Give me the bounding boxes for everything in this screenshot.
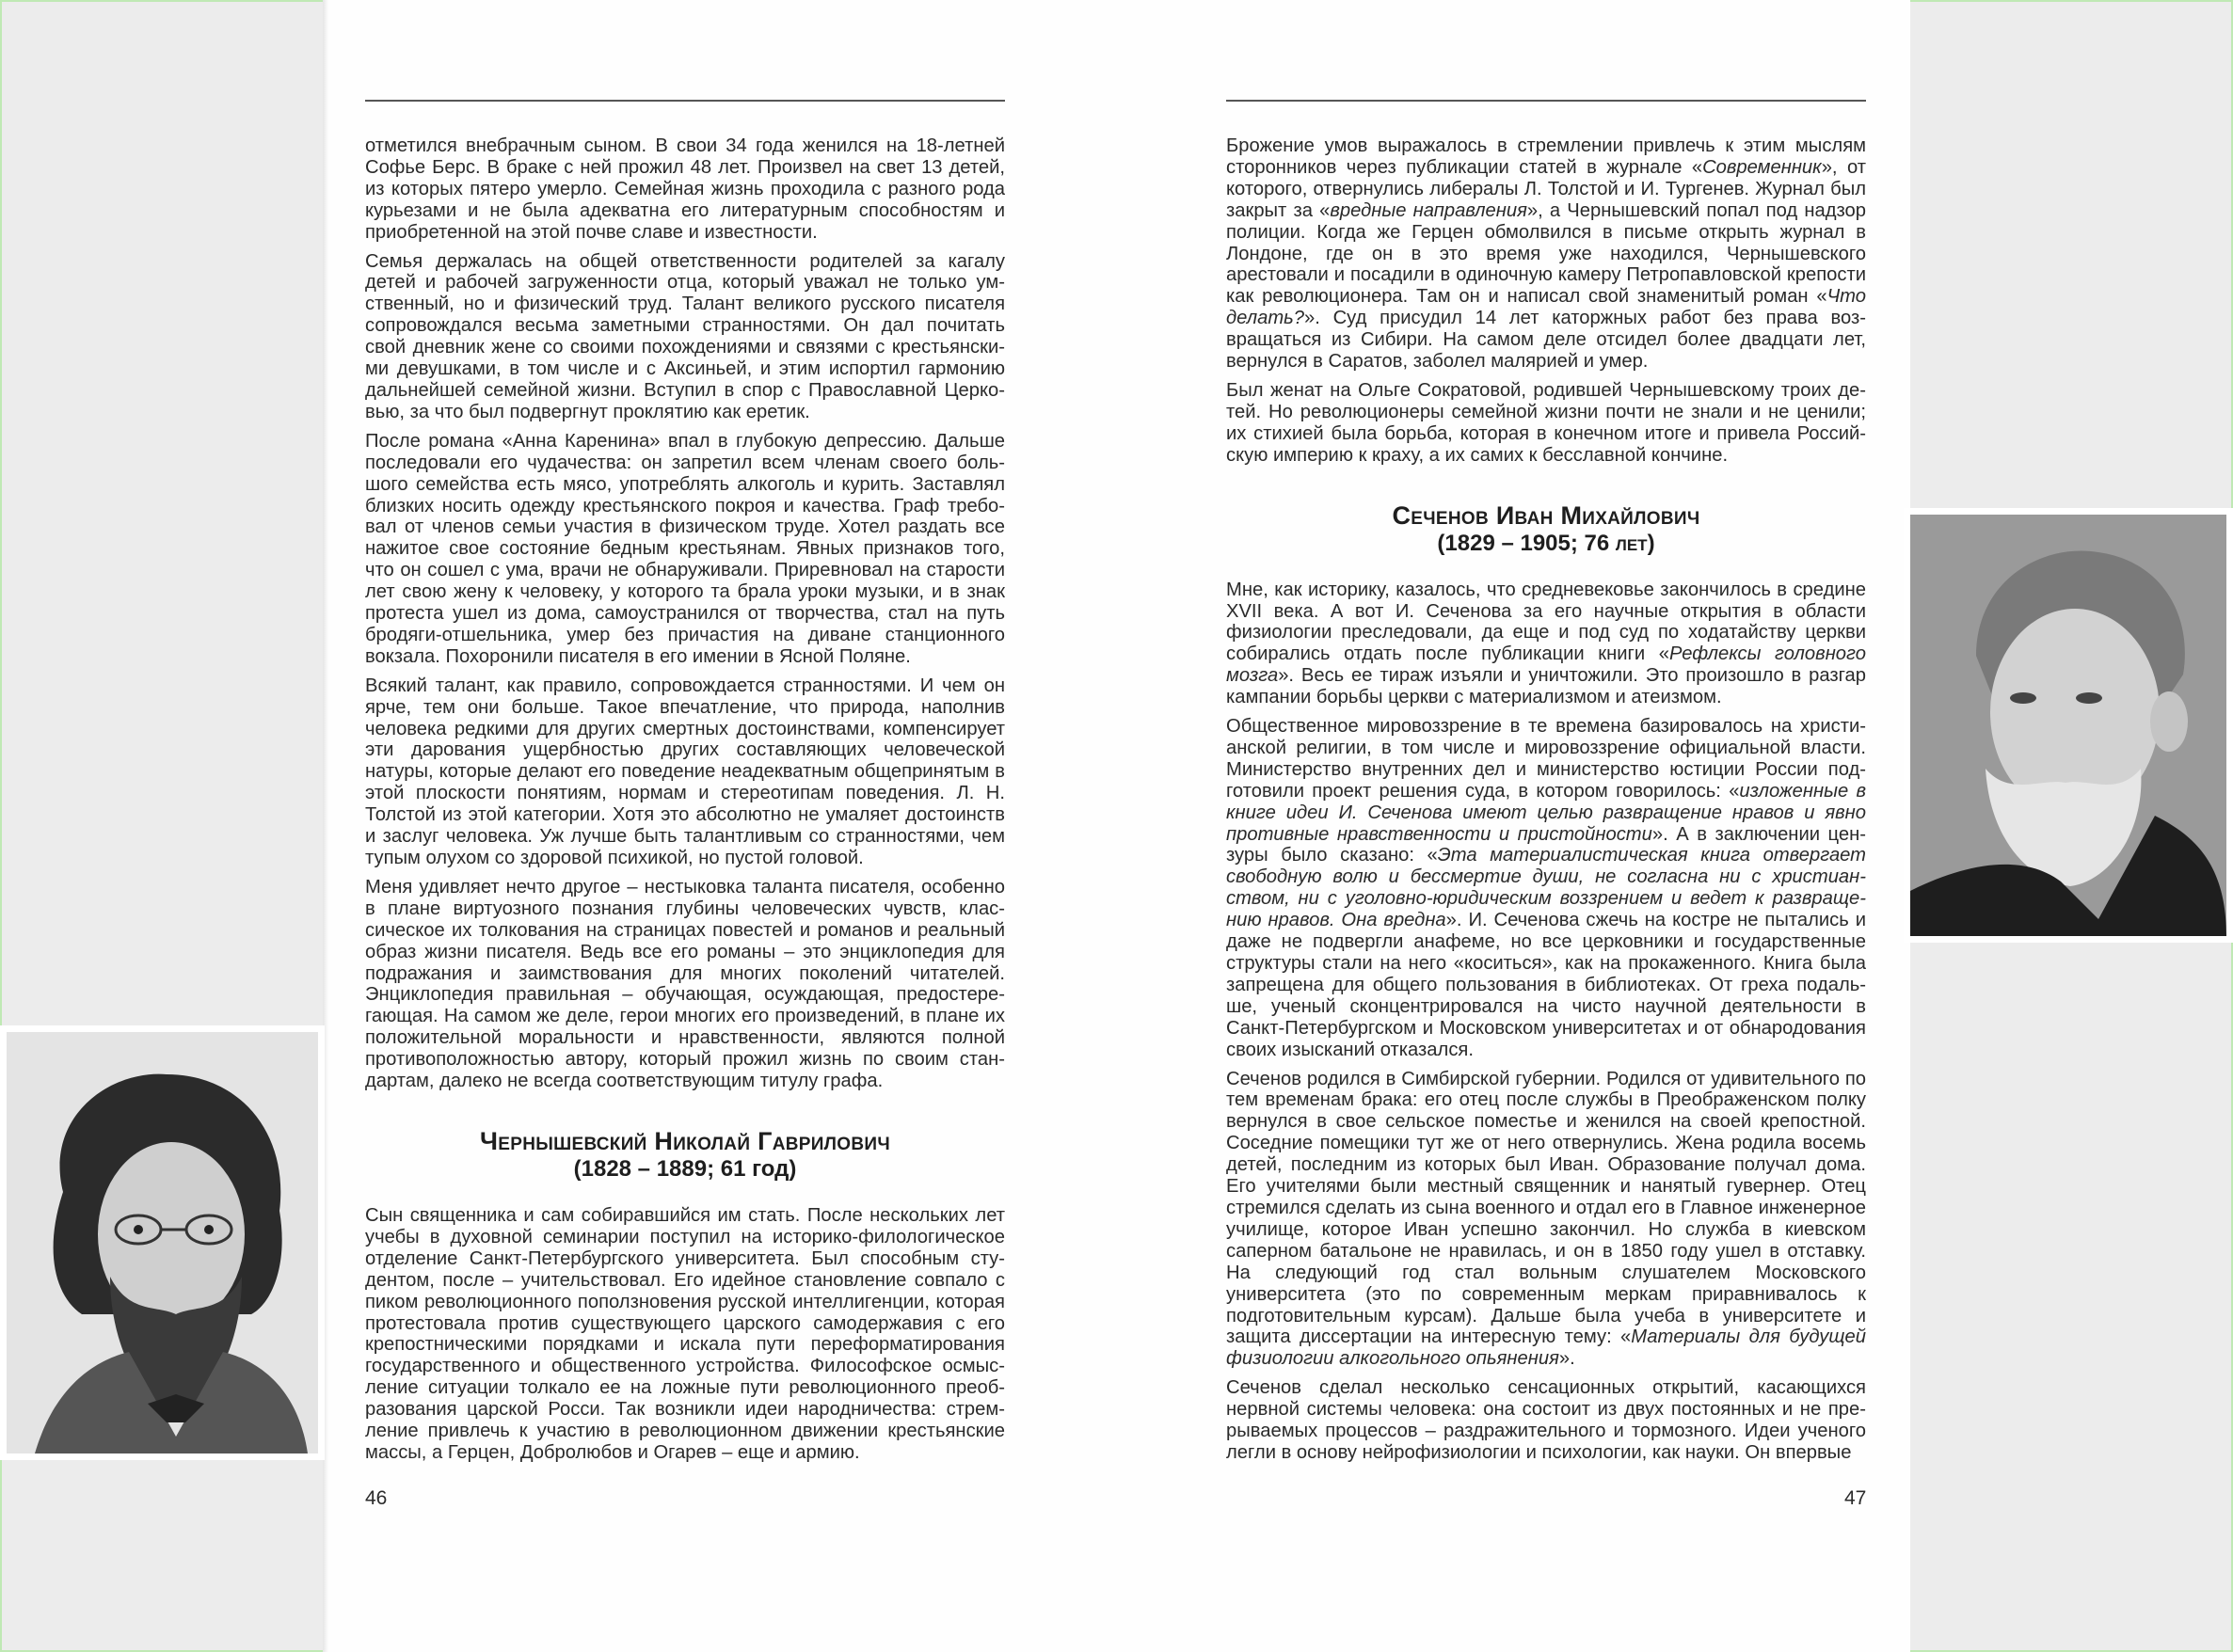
left-page-text-column: отметился внебрачным сыном. В свои 34 го…: [365, 135, 1005, 1471]
years-unit: лет: [1616, 531, 1648, 556]
paragraph: Семья держалась на общей ответственности…: [365, 251, 1005, 423]
section-heading-sechenov: Сеченов Иван Михайлович (1829 – 1905; 76…: [1226, 500, 1866, 557]
paragraph: Брожение умов выражалось в стремлении пр…: [1226, 135, 1866, 373]
paragraph: Всякий талант, как правило, сопровождает…: [365, 675, 1005, 869]
section-years: (1829 – 1905; 76 лет): [1226, 531, 1866, 557]
section-title: Чернышевский Николай Гаврилович: [365, 1126, 1005, 1156]
paragraph: Был женат на Ольге Сократовой, родившей …: [1226, 380, 1866, 467]
right-page-text-column: Брожение умов выражалось в стремлении пр…: [1226, 135, 1866, 1471]
italic-quote: Эта материалистическая книга отвергает с…: [1226, 845, 1866, 930]
paragraph: После романа «Анна Каренина» впал в глуб…: [365, 431, 1005, 668]
italic-quote: Рефлексы головного мозга: [1226, 643, 1866, 686]
section-title: Сеченов Иван Михайлович: [1226, 500, 1866, 531]
paragraph: Общественное мировоззрение в те времена …: [1226, 716, 1866, 1061]
italic-quote: изложенные в книге идеи И. Сеченова имею…: [1226, 781, 1866, 845]
section-heading-chernyshevsky: Чернышевский Николай Гаврилович (1828 – …: [365, 1126, 1005, 1183]
section-years: (1828 – 1889; 61 год): [365, 1156, 1005, 1183]
years-close: ): [1648, 531, 1655, 556]
portrait-chernyshevsky: [0, 1025, 325, 1460]
page-number-right: 47: [1844, 1487, 1866, 1510]
paragraph: Меня удивляет нечто другое – нестыковка …: [365, 877, 1005, 1092]
right-header-rule: [1226, 100, 1866, 102]
italic-quote: Что делать?: [1226, 286, 1866, 328]
paragraph: Мне, как историку, казалось, что среднев…: [1226, 580, 1866, 708]
years-range: (1829 – 1905; 76: [1437, 531, 1615, 556]
paragraph: Сеченов сделал несколько сенсационных от…: [1226, 1377, 1866, 1464]
portrait-sechenov: [1904, 508, 2233, 943]
paragraph: Сын священника и сам собиравшийся им ста…: [365, 1205, 1005, 1464]
italic-quote: Современник: [1702, 157, 1822, 178]
paragraph: Сеченов родился в Симбирской губернии. Р…: [1226, 1069, 1866, 1371]
left-header-rule: [365, 100, 1005, 102]
paragraph: отметился внебрачным сыном. В свои 34 го…: [365, 135, 1005, 244]
portrait-photo-image: [1910, 515, 2226, 936]
page-number-left: 46: [365, 1487, 387, 1510]
italic-quote: Материалы для буду­щей физиологии алкого…: [1226, 1326, 1866, 1369]
portrait-engraving-image: [7, 1032, 318, 1453]
italic-quote: вредные направления: [1330, 200, 1527, 221]
